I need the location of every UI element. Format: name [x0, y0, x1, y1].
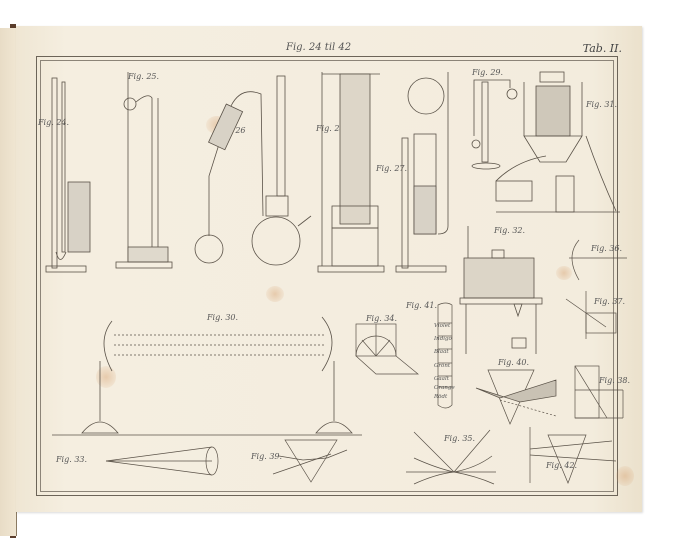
left-page-edge [0, 28, 17, 536]
figure-35-rays: Fig. 35. [396, 418, 496, 483]
engraved-plate-page: Fig. 24 til 42 Tab. II. Fig. 24. [16, 26, 642, 512]
figure-25-apparatus: Fig. 25. [108, 62, 178, 274]
apparatus-drawing [108, 62, 178, 274]
figure-24-manometer: Fig. 24. [36, 62, 96, 274]
figure-26-distillation: Fig. 26 [181, 66, 321, 276]
spectrum-color-red: Rödt [434, 394, 447, 400]
figure-42-prism: Fig. 42. [526, 421, 626, 486]
spectrum-color-blue: Blaat [434, 349, 449, 355]
plate-number: Tab. II. [583, 42, 622, 55]
rays-drawing [396, 418, 496, 483]
distillation-drawing [181, 66, 321, 276]
figure-40-prism: Fig. 40. [476, 356, 556, 426]
arc-drawing [561, 236, 631, 286]
filter-apparatus-drawing [496, 66, 636, 221]
burning-mirrors-drawing [52, 311, 362, 441]
refraction-drawing [566, 291, 636, 346]
cone-drawing [56, 441, 226, 481]
heating-vessel-drawing [456, 226, 566, 356]
prism-39-drawing [251, 436, 361, 484]
figure-39-prism: Fig. 39. [251, 436, 361, 484]
figure-36-arc: Fig. 36. [561, 236, 631, 286]
spectrum-color-violet: Violet [434, 323, 450, 329]
spectrum-color-green: Grönt [434, 363, 450, 369]
figure-32-heating-vessel: Fig. 32. [456, 226, 566, 356]
figure-33-cone: Fig. 33. [56, 441, 226, 481]
figure-38-grid: Fig. 38. [571, 364, 631, 422]
figure-41-spectrum: Fig. 41. Violet Indigo Blaat Grönt Gaalt… [416, 301, 466, 411]
grid-drawing [571, 364, 631, 422]
plate-figure-range: Fig. 24 til 42 [286, 42, 351, 53]
open-book: Fig. 24 til 42 Tab. II. Fig. 24. [0, 0, 700, 550]
figure-27-28-gas-apparatus: Fig. 28. Fig. 27. [316, 66, 466, 281]
figure-37-refraction: Fig. 37. [566, 291, 636, 346]
figure-31-filter-apparatus: Fig. 31. [496, 66, 636, 221]
spectrum-color-orange: Orange [434, 385, 455, 391]
figure-30-burning-mirrors: Fig. 30. [52, 311, 362, 441]
prism-drawing [476, 356, 556, 426]
figure-34-semicircle: Fig. 34. [346, 314, 421, 384]
gas-apparatus-drawing [316, 66, 466, 281]
manometer-drawing [36, 62, 96, 274]
prism-42-drawing [526, 421, 626, 486]
semicircle-drawing [346, 314, 421, 384]
spectrum-color-indigo: Indigo [434, 336, 452, 342]
spectrum-color-yellow: Gaalt [434, 376, 449, 382]
foxing-stain [266, 286, 284, 302]
